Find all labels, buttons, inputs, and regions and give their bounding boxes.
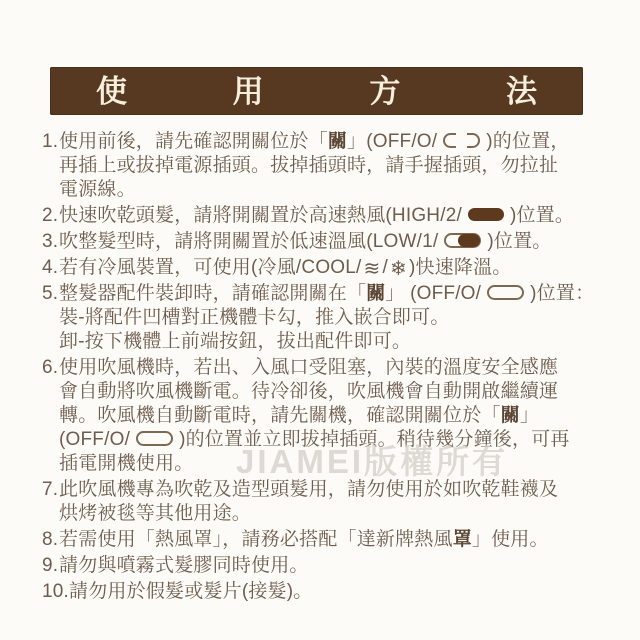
item-number: 10. [42, 580, 69, 604]
item-number: 4. [42, 256, 59, 280]
text-segment: )位置。 [487, 231, 551, 252]
text-segment: 」 (OFF/O/ [385, 283, 481, 304]
page-title: 使用方法 [50, 67, 583, 115]
text-segment: 插電開機使用。 [59, 453, 193, 474]
instruction-item: 1.使用前後，請先確認開關位於「關」(OFF/O/)的位置，再插上或拔掉電源插頭… [42, 130, 607, 202]
switch-low-icon [444, 233, 481, 248]
text-segment: 」 [520, 405, 539, 426]
item-text: 請勿用於假髮或髮片(接髮)。 [69, 580, 607, 604]
text-segment: 烘烤被毯等其他用途。 [59, 503, 251, 524]
text-segment: 」(OFF/O/ [347, 131, 437, 152]
text-segment: 請勿與噴霧式髮膠同時使用。 [59, 555, 309, 576]
instruction-list: 1.使用前後，請先確認開關位於「關」(OFF/O/)的位置，再插上或拔掉電源插頭… [42, 130, 607, 606]
instruction-item: 3.吹整髮型時，請將開關置於低速溫風(LOW/1/)位置。 [42, 230, 607, 254]
text-segment: 關 [328, 131, 347, 152]
switch-off-icon [136, 431, 173, 446]
item-number: 3. [42, 230, 59, 254]
text-segment: 快速吹乾頭髮，請將開關置於高速熱風(HIGH/2/ [59, 205, 462, 226]
text-segment: 再插上或拔掉電源插頭。拔掉插頭時，請手握插頭，勿拉扯 [59, 155, 558, 176]
instruction-item: 4.若有冷風裝置，可使用(冷風/COOL/≋/❄)快速降溫。 [42, 256, 607, 280]
header-title-char: 方 [369, 76, 400, 107]
text-segment: )位置。 [510, 205, 574, 226]
item-number: 6. [42, 356, 59, 380]
snowflake-icon: ❄ [390, 258, 407, 278]
instruction-item: 2.快速吹乾頭髮，請將開關置於高速熱風(HIGH/2/)位置。 [42, 204, 607, 228]
item-text: 吹整髮型時，請將開關置於低速溫風(LOW/1/)位置。 [59, 230, 607, 254]
item-number: 7. [42, 478, 59, 502]
text-segment: )位置： [530, 283, 594, 304]
text-segment: 使用吹風機時，若出、入風口受阻塞，內裝的溫度安全感應 [59, 357, 558, 378]
text-segment: (OFF/O/ [59, 429, 130, 450]
text-segment: 會自動將吹風機斷電。待冷卻後，吹風機會自動開啟繼續運 [59, 381, 558, 402]
item-text: 使用吹風機時，若出、入風口受阻塞，內裝的溫度安全感應會自動將吹風機斷電。待冷卻後… [59, 356, 607, 476]
text-segment: 關 [366, 283, 385, 304]
text-segment: 整髮器配件裝卸時，請確認開關在「 [59, 283, 366, 304]
item-text: 若需使用「熱風罩」，請務必搭配「達新牌熱風罩」使用。 [59, 528, 607, 552]
text-segment: 裝-將配件凹槽對正機體卡勾，推入嵌合即可。 [59, 307, 450, 328]
text-segment: 請勿用於假髮或髮片(接髮)。 [69, 581, 312, 602]
text-segment: 電源線。 [59, 179, 136, 200]
text-segment: 若需使用「熱風罩」，請務必搭配「達新牌熱風 [59, 529, 453, 550]
instruction-item: 5.整髮器配件裝卸時，請確認開關在「關」 (OFF/O/)位置：裝-將配件凹槽對… [42, 282, 607, 354]
text-segment: 」使用。 [472, 529, 549, 550]
header-title-char: 法 [506, 76, 537, 107]
switch-on-icon [468, 208, 504, 221]
item-number: 9. [42, 554, 59, 578]
item-text: 快速吹乾頭髮，請將開關置於高速熱風(HIGH/2/)位置。 [59, 204, 607, 228]
item-text: 請勿與噴霧式髮膠同時使用。 [59, 554, 607, 578]
instruction-item: 9.請勿與噴霧式髮膠同時使用。 [42, 554, 607, 578]
wave-icon: ≋ [364, 258, 381, 278]
header-title-char: 使 [96, 76, 127, 107]
item-text: 整髮器配件裝卸時，請確認開關在「關」 (OFF/O/)位置：裝-將配件凹槽對正機… [59, 282, 607, 354]
item-text: 此吹風機專為吹乾及造型頭髮用，請勿使用於如吹乾鞋襪及烘烤被毯等其他用途。 [59, 478, 607, 526]
instruction-sheet: 使用方法 1.使用前後，請先確認開關位於「關」(OFF/O/)的位置，再插上或拔… [0, 0, 640, 640]
item-number: 1. [42, 130, 59, 154]
instruction-item: 10.請勿用於假髮或髮片(接髮)。 [42, 580, 607, 604]
text-segment: )的位置並立即拔掉插頭。稍待幾分鐘後，可再 [179, 429, 570, 450]
text-segment: 若有冷風裝置，可使用(冷風/COOL/ [59, 257, 362, 278]
text-segment: 使用前後，請先確認開關位於「 [59, 131, 328, 152]
item-number: 8. [42, 528, 59, 552]
text-segment: 吹整髮型時，請將開關置於低速溫風(LOW/1/ [59, 231, 438, 252]
item-text: 使用前後，請先確認開關位於「關」(OFF/O/)的位置，再插上或拔掉電源插頭。拔… [59, 130, 607, 202]
text-segment: / [383, 257, 388, 278]
item-number: 5. [42, 282, 59, 306]
text-segment: 此吹風機專為吹乾及造型頭髮用，請勿使用於如吹乾鞋襪及 [59, 479, 558, 500]
text-segment: 卸-按下機體上前端按鈕，拔出配件即可。 [59, 331, 411, 352]
text-segment: )快速降溫。 [409, 257, 512, 278]
text-segment: 關 [501, 405, 520, 426]
instruction-item: 6.使用吹風機時，若出、入風口受阻塞，內裝的溫度安全感應會自動將吹風機斷電。待冷… [42, 356, 607, 476]
text-segment: )的位置， [486, 131, 569, 152]
item-number: 2. [42, 204, 59, 228]
switch-off-icon [443, 133, 480, 148]
switch-off-icon [487, 285, 524, 300]
item-text: 若有冷風裝置，可使用(冷風/COOL/≋/❄)快速降溫。 [59, 256, 607, 280]
text-segment: 罩 [453, 529, 472, 550]
header-title-char: 用 [233, 76, 264, 107]
instruction-item: 8.若需使用「熱風罩」，請務必搭配「達新牌熱風罩」使用。 [42, 528, 607, 552]
text-segment: 轉。吹風機自動斷電時，請先關機，確認開關位於「 [59, 405, 501, 426]
instruction-item: 7.此吹風機專為吹乾及造型頭髮用，請勿使用於如吹乾鞋襪及烘烤被毯等其他用途。 [42, 478, 607, 526]
